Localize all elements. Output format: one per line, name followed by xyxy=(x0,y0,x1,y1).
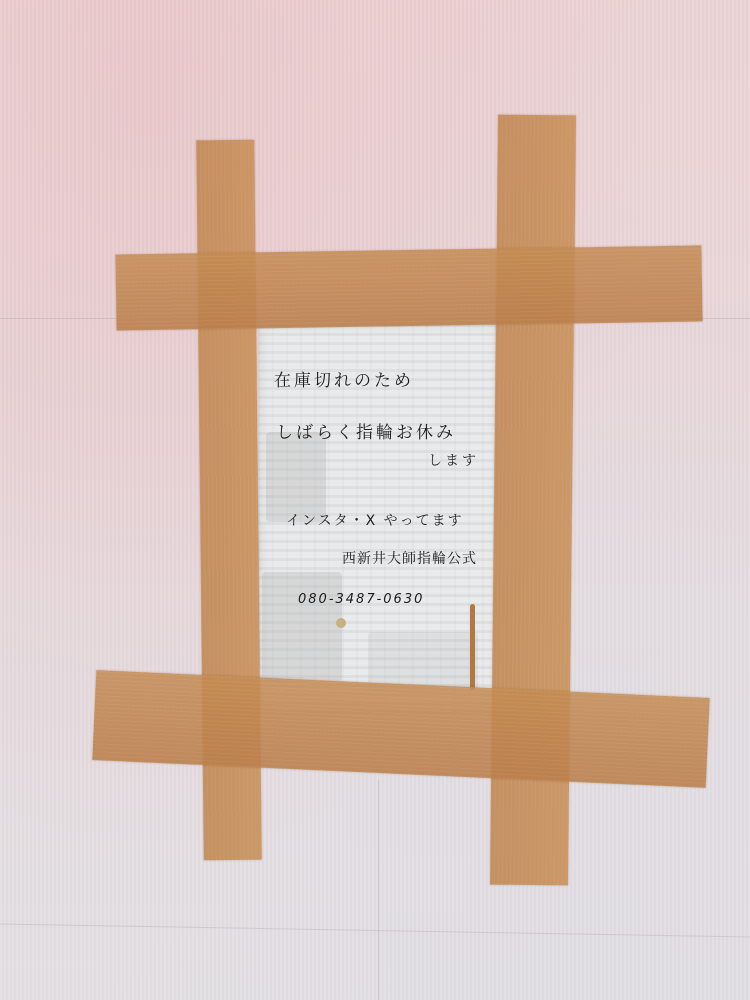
notice-line-4: インスタ・X やってます xyxy=(286,510,464,530)
newsprint-graphic xyxy=(266,432,326,522)
notice-paper: 在庫切れのため しばらく指輪お休み します インスタ・X やってます 西新井大師… xyxy=(258,322,500,714)
wall-seam xyxy=(378,780,379,1000)
paper-stain xyxy=(470,604,475,690)
notice-phone: 080-3487-0630 xyxy=(298,592,424,607)
newsprint-graphic xyxy=(262,572,342,682)
notice-line-2: しばらく指輪お休み xyxy=(276,418,456,443)
paper-stain xyxy=(336,618,346,628)
tape-top-horizontal xyxy=(115,245,702,330)
notice-line-1: 在庫切れのため xyxy=(274,366,414,391)
notice-line-3: します xyxy=(428,450,479,470)
notice-line-5: 西新井大師指輪公式 xyxy=(342,548,477,568)
